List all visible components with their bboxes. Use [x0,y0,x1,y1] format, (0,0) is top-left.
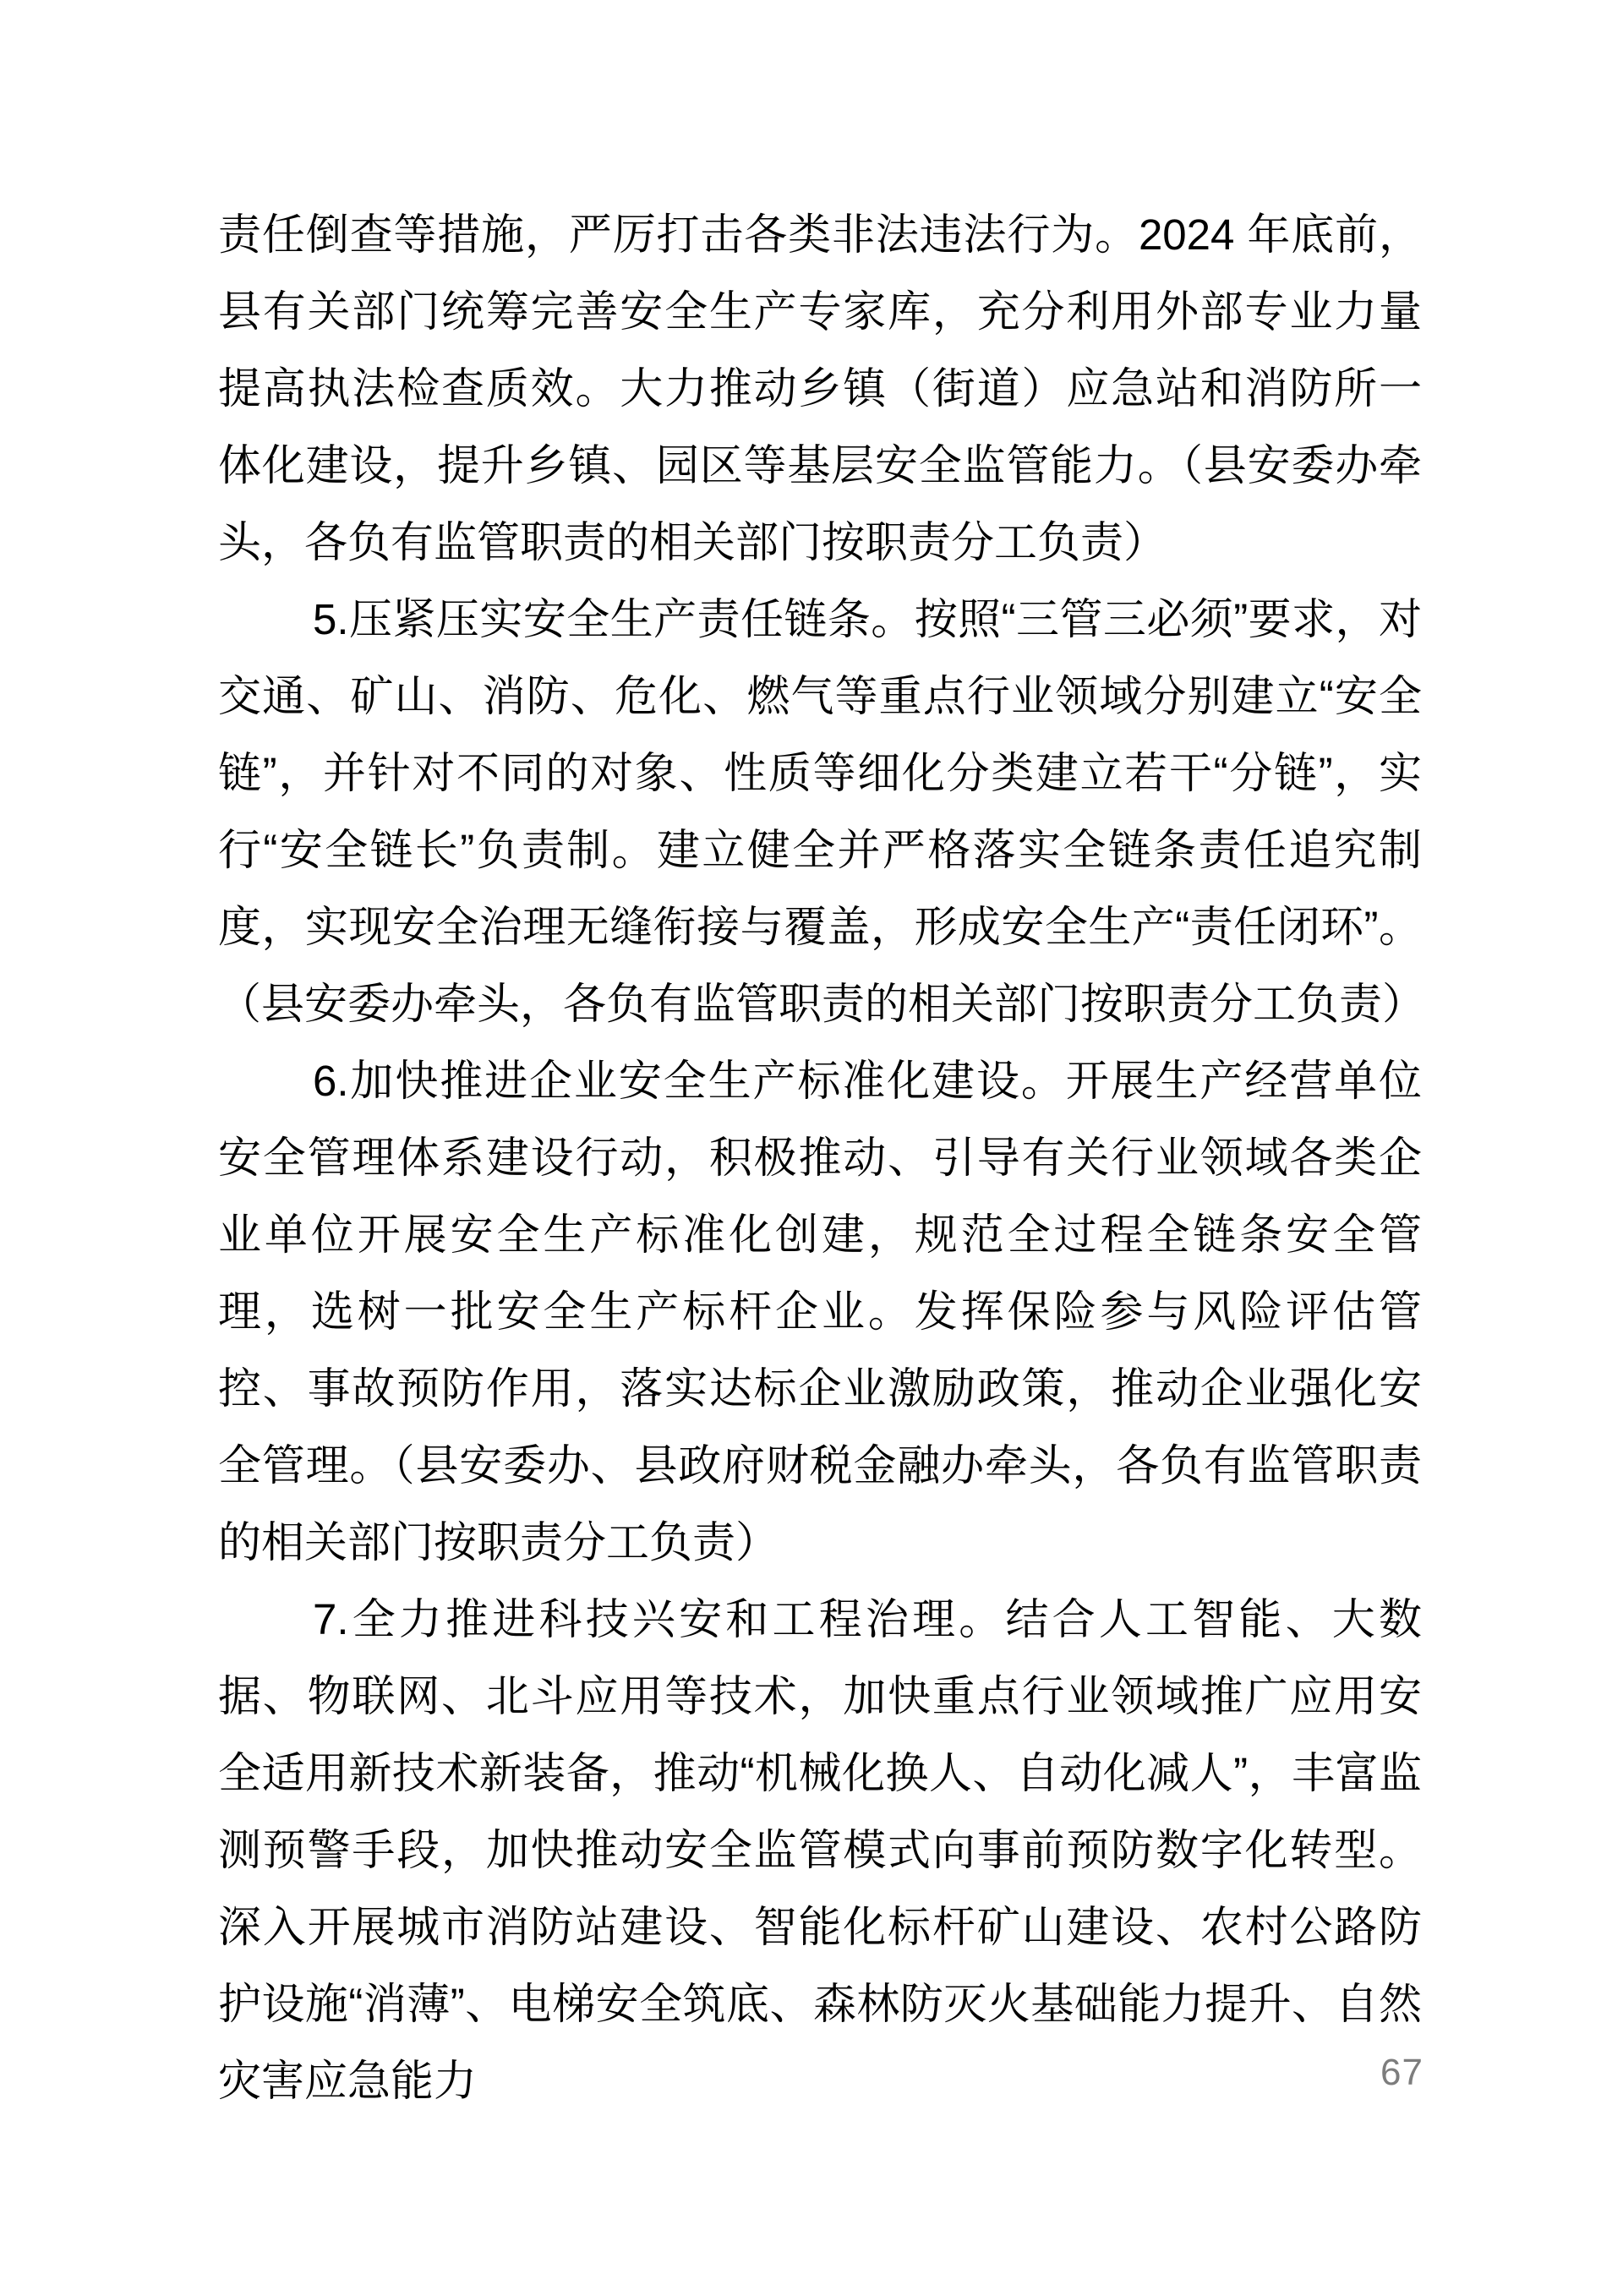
page-number: 67 [1380,2051,1424,2095]
body-paragraph: 5.压紧压实安全生产责任链条。按照“三管三必须”要求，对交通、矿山、消防、危化、… [218,581,1422,1042]
body-paragraph: 责任倒查等措施，严厉打击各类非法违法行为。2024 年底前，县有关部门统筹完善安… [218,196,1422,581]
body-paragraph: 6.加快推进企业安全生产标准化建设。开展生产经营单位安全管理体系建设行动，积极推… [218,1042,1422,1581]
document-page: 责任倒查等措施，严厉打击各类非法违法行为。2024 年底前，县有关部门统筹完善安… [0,0,1623,2296]
body-paragraph: 7.全力推进科技兴安和工程治理。结合人工智能、大数据、物联网、北斗应用等技术，加… [218,1581,1422,2119]
document-body: 责任倒查等措施，严厉打击各类非法违法行为。2024 年底前，县有关部门统筹完善安… [218,196,1422,2119]
